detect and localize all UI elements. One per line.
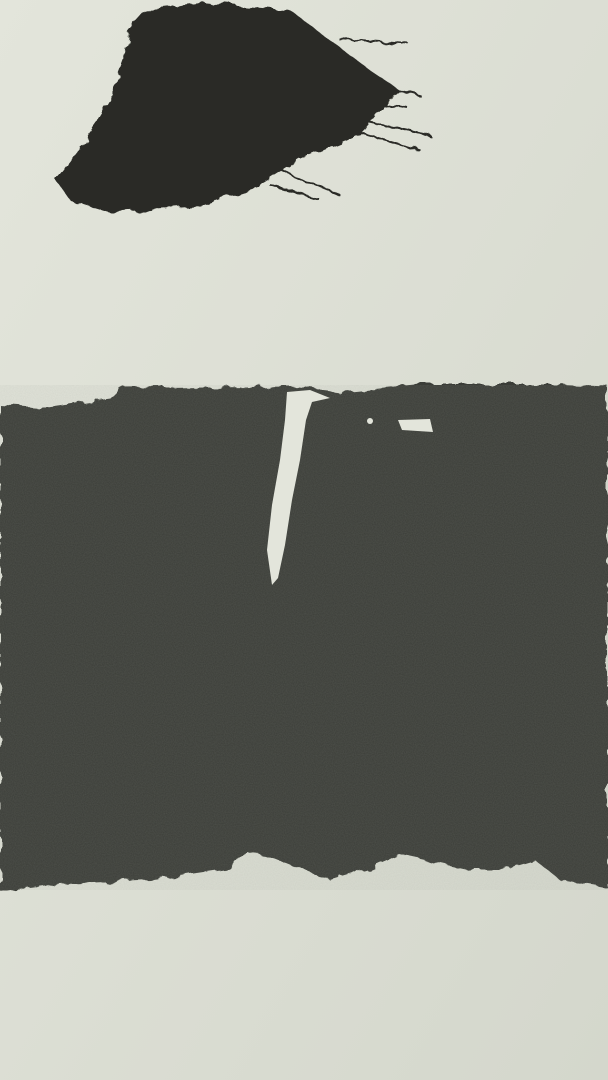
ink-painting — [0, 0, 608, 1080]
photo — [0, 0, 608, 1080]
ink-band-stroke — [0, 384, 608, 892]
